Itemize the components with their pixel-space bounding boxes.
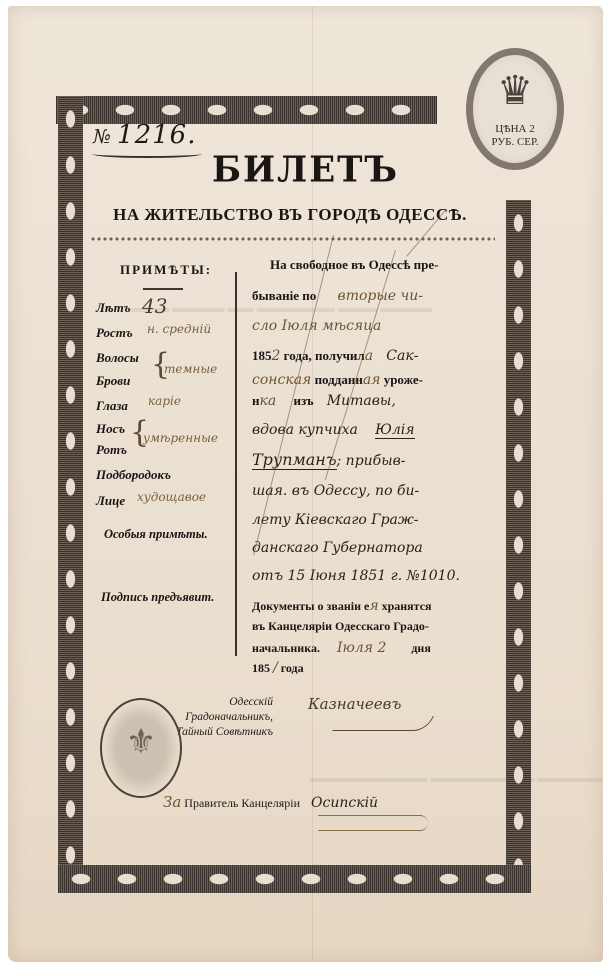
decorative-dotted-rule — [90, 235, 495, 243]
body-handwriting: Трупманъ — [252, 450, 337, 470]
feature-face-label: Лице — [96, 493, 125, 509]
bleed-through-text: ▬▬▬▬▬▬▬▬▬ ▬▬▬▬▬▬▬▬ ▬▬▬▬▬ — [310, 770, 603, 786]
coat-of-arms-seal-icon: ⚜ — [102, 722, 180, 762]
body-handwriting: Юлія — [375, 422, 414, 439]
body-handwriting: ка — [260, 393, 277, 409]
chancery-signature-line: За Правитель Канцеляріи Осипскій — [163, 793, 378, 811]
chancery-hand-prefix: За — [163, 793, 181, 811]
body-print: бываніе по — [252, 288, 316, 303]
body-handwriting: ; прибыв- — [337, 453, 406, 469]
body-handwriting: ая — [363, 372, 381, 388]
feature-nose-label: Носъ — [96, 421, 125, 437]
body-handwriting: данскаго Губернатора — [252, 540, 423, 556]
body-print: хранятся — [382, 599, 432, 613]
body-line-1: На свободное въ Одессѣ пре- — [270, 257, 439, 273]
body-handwriting: отъ 15 Іюня 1851 г. №1010. — [252, 568, 460, 584]
signature-present-label: Подпись предъявит. — [101, 590, 214, 605]
feature-brows-label: Брови — [96, 373, 130, 389]
body-print: 185 — [252, 661, 270, 675]
feature-age-label: Лѣтъ — [96, 300, 131, 316]
number-value: 1216. — [117, 120, 196, 150]
feature-eyes-value: каріе — [148, 394, 181, 408]
body-print: года — [281, 661, 304, 675]
docs-line-4: 185 / года — [252, 660, 304, 676]
feature-hair-label: Волосы — [96, 350, 139, 366]
double-headed-eagle-icon: ♛ — [491, 65, 539, 117]
docs-line-1: Документы о званіи ея хранятся — [252, 598, 432, 614]
ornamental-border-left — [58, 96, 83, 893]
docs-line-3: начальника. Іюля 2 дня — [252, 640, 431, 656]
body-print: начальника. — [252, 641, 320, 655]
body-handwriting: лету Кіевскаго Граж- — [252, 512, 419, 528]
body-line-3: сло Іюля мѣсяца — [252, 318, 381, 334]
features-heading-rule — [143, 288, 183, 290]
signature-flourish — [318, 815, 428, 831]
body-print: дня — [411, 641, 430, 655]
body-line-9: шая. въ Одессу, по би- — [252, 483, 419, 499]
ornamental-border-right — [506, 200, 531, 893]
signature-flourish — [332, 716, 433, 731]
body-line-10: лету Кіевскаго Граж- — [252, 512, 419, 528]
stamp-price-line2: РУБ. СЕР. — [473, 136, 557, 149]
body-line-4: 1852 года, получила Сак- — [252, 348, 418, 364]
feature-face-value: худощавое — [137, 490, 206, 504]
body-handwriting: 2 — [272, 348, 281, 364]
body-print: На свободное въ Одессѣ пре- — [270, 257, 439, 272]
body-print: н — [252, 393, 260, 408]
number-sign: № — [93, 126, 111, 148]
body-print: 185 — [252, 348, 272, 363]
column-divider — [235, 272, 237, 656]
feature-mouth-label: Ротъ — [96, 442, 127, 458]
chancery-signature: Осипскій — [311, 795, 378, 811]
body-print: въ Канцеляріи Одесскаго Градо- — [252, 619, 429, 633]
body-line-2: бываніе по вторые чи- — [252, 288, 423, 304]
stamp-price: ЦѢНА 2 РУБ. СЕР. — [473, 123, 557, 149]
feature-eyes-label: Глаза — [96, 398, 128, 414]
official-seal: ⚜ — [100, 698, 182, 798]
body-line-7: вдова купчиха Юлія — [252, 422, 415, 438]
body-print: изъ — [293, 393, 313, 408]
body-handwriting: а — [365, 348, 373, 364]
body-handwriting: / — [273, 660, 278, 676]
features-heading: ПРИМѢТЫ: — [120, 262, 212, 278]
body-line-12: отъ 15 Іюня 1851 г. №1010. — [252, 568, 460, 584]
feature-age-value: 43 — [142, 294, 167, 318]
docs-line-2: въ Канцеляріи Одесскаго Градо- — [252, 619, 429, 634]
body-line-11: данскаго Губернатора — [252, 540, 423, 556]
body-print: уроже- — [384, 372, 423, 387]
feature-height-value: н. средній — [147, 322, 211, 336]
body-handwriting: Сак- — [386, 348, 418, 364]
feature-hair-brows-value: темные — [164, 362, 217, 376]
feature-nose-mouth-value: умѣренные — [143, 431, 218, 445]
document-number: № 1216. — [93, 120, 196, 150]
body-handwriting: сонская — [252, 372, 311, 388]
feature-height-label: Ростъ — [96, 325, 133, 341]
body-line-5: сонская подданная уроже- — [252, 372, 423, 388]
chancery-print: Правитель Канцеляріи — [184, 796, 300, 810]
body-handwriting: шая. въ Одессу, по би- — [252, 483, 419, 499]
document-title: БИЛЕТЪ — [0, 149, 611, 191]
body-handwriting: Митавы, — [327, 393, 396, 409]
special-marks-label: Особыя примѣты. — [104, 527, 208, 542]
body-handwriting: Іюля 2 — [337, 640, 386, 656]
body-handwriting: я — [369, 598, 378, 614]
ornamental-border-bottom — [58, 865, 531, 893]
document-subtitle: НА ЖИТЕЛЬСТВО ВЪ ГОРОДѢ ОДЕССѢ. — [100, 205, 480, 225]
body-line-6: нка изъ Митавы, — [252, 393, 396, 409]
official-signature: Казначеевъ — [308, 695, 401, 713]
body-print: года, получил — [284, 348, 365, 363]
stamp-price-line1: ЦѢНА 2 — [473, 123, 557, 136]
body-handwriting: сло Іюля мѣсяца — [252, 318, 381, 334]
feature-chin-label: Подбородокъ — [96, 467, 171, 483]
body-print: Документы о званіи е — [252, 599, 369, 613]
